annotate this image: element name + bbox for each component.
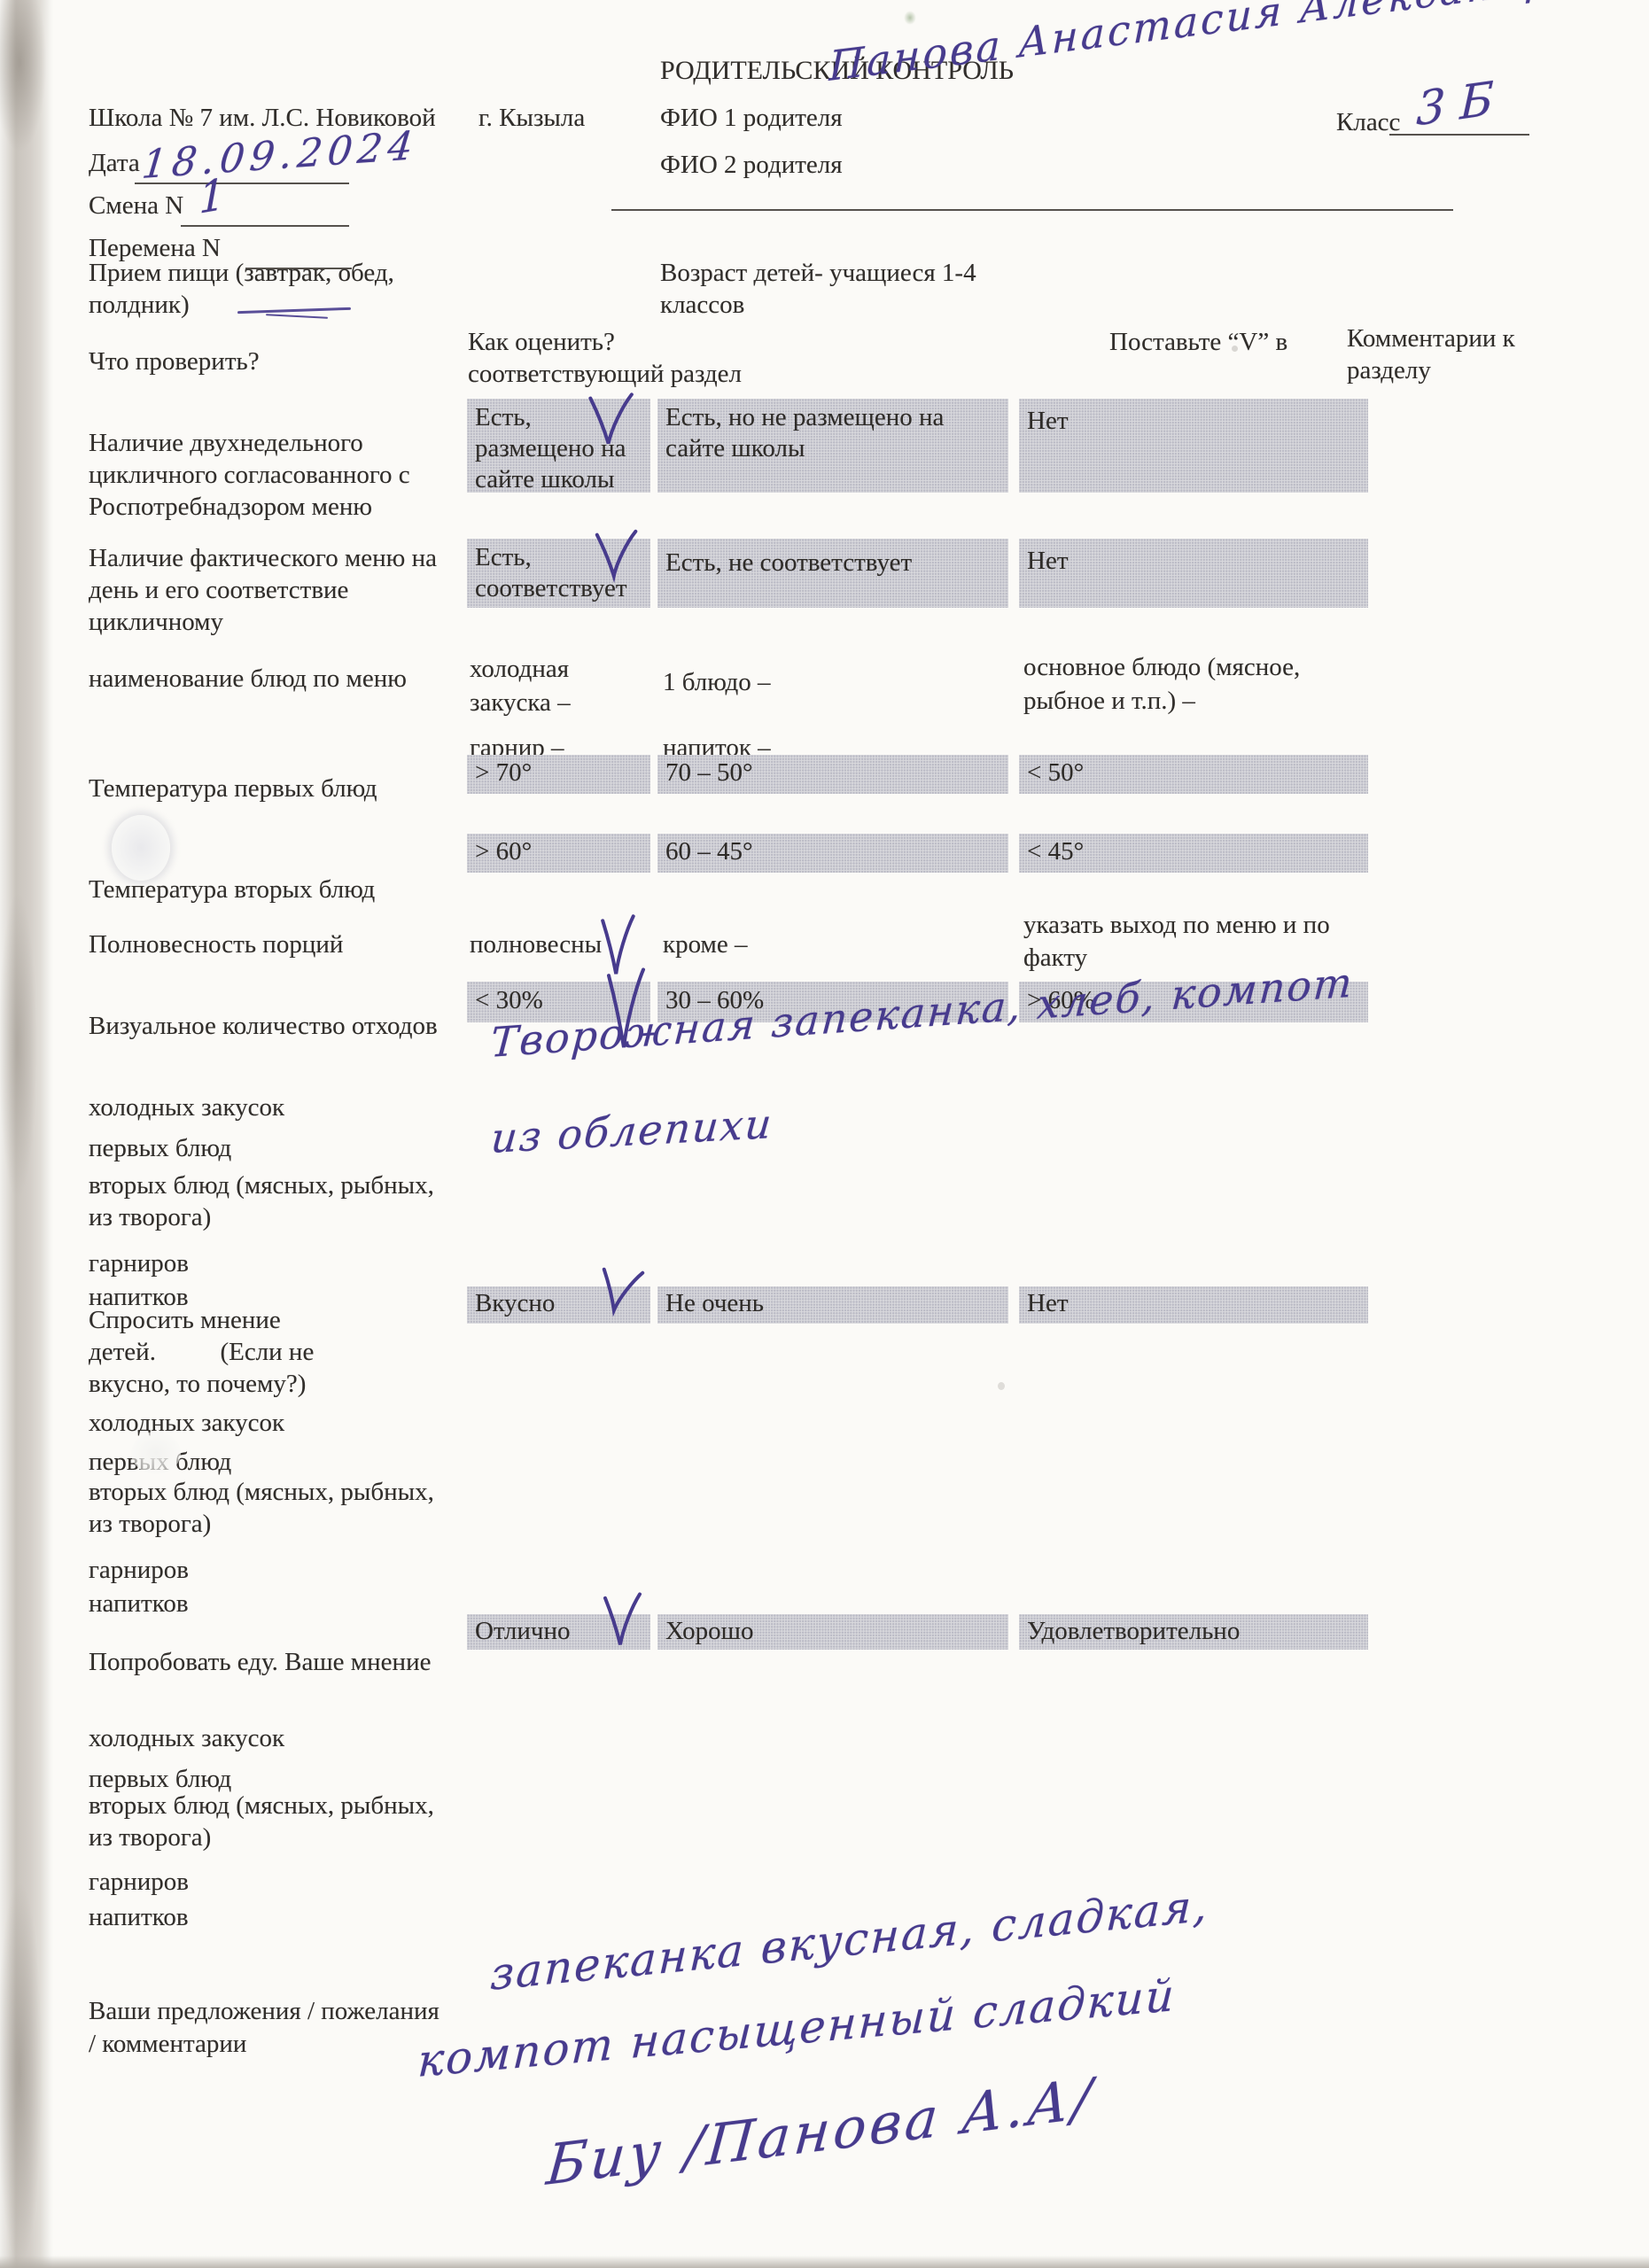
shift-underline — [181, 225, 349, 227]
dish-cold-snack-line1: холодная — [470, 652, 571, 686]
sub-item-first-courses: первых блюд — [89, 1132, 231, 1164]
parent1-label: ФИО 1 родителя — [660, 102, 843, 134]
row-menu-actual-label: Наличие фактического меню на день и его … — [89, 542, 437, 638]
row-opinion-label-line2: детей. (Если не — [89, 1336, 314, 1368]
dish-cold-snack: холодная закуска – — [470, 652, 571, 719]
meal-label-line1: Прием пищи (завтрак, обед, — [89, 257, 394, 289]
sub-item-second-courses-line1: вторых блюд (мясных, рыбных, — [89, 1790, 434, 1821]
checkmark-icon — [599, 1589, 645, 1651]
row-menu-actual-label-line1: Наличие фактического меню на — [89, 542, 437, 574]
column-mark-v: Поставьте “V” в — [1109, 326, 1287, 358]
parent2-label: ФИО 2 родителя — [660, 149, 843, 181]
row-waste-label: Визуальное количество отходов — [89, 1010, 438, 1042]
scan-speck-gray-2 — [998, 1382, 1005, 1390]
suggestions-label: Ваши предложения / пожелания / комментар… — [89, 1995, 439, 2061]
dishes-note-handwritten-line2: из облепихи — [489, 1099, 775, 1162]
parent2-line — [611, 209, 1453, 211]
dish-main-course: основное блюдо (мясное, рыбное и т.п.) – — [1023, 650, 1300, 718]
row-menu-cycle-label: Наличие двухнедельного цикличного соглас… — [89, 427, 410, 523]
scan-edge-left-shade — [0, 0, 53, 2268]
option-cell-temp1-low: < 50° — [1019, 755, 1368, 794]
row-opinion-label-line1: Спросить мнение — [89, 1304, 314, 1336]
option-cell-good: Хорошо — [657, 1614, 1008, 1650]
shift-value-handwritten: 1 — [198, 169, 225, 224]
option-cell-satisfactory: Удовлетворительно — [1019, 1614, 1368, 1650]
column-comments-line2: разделу — [1347, 354, 1515, 386]
scan-speck-green — [904, 11, 916, 25]
age-note-line1: Возраст детей- учащиеся 1-4 — [660, 257, 976, 289]
checkmark-icon — [583, 390, 638, 450]
sub-item-second-courses-line2: из творога) — [89, 1821, 434, 1853]
row-menu-actual-label-line3: цикличному — [89, 606, 437, 638]
column-comments-line1: Комментарии к — [1347, 322, 1515, 354]
sub-item-second-courses-line2: из творога) — [89, 1201, 434, 1233]
sub-item-garnishes: гарниров — [89, 1247, 189, 1279]
option-cell-opinion-no: Нет — [1019, 1286, 1368, 1324]
age-note: Возраст детей- учащиеся 1-4 классов — [660, 257, 976, 321]
sub-item-second-courses: вторых блюд (мясных, рыбных, из творога) — [89, 1169, 434, 1233]
sub-item-cold-snacks: холодных закусок — [89, 1407, 284, 1439]
scanned-form: РОДИТЕЛЬСКИЙ КОНТРОЛЬ Школа № 7 им. Л.С.… — [0, 0, 1649, 2268]
row-menu-cycle-label-line3: Роспотребнадзором меню — [89, 491, 410, 523]
checkmark-icon — [589, 1261, 649, 1320]
sub-item-drinks: напитков — [89, 1901, 189, 1933]
date-label: Дата — [89, 147, 140, 179]
column-what-to-check: Что проверить? — [89, 346, 260, 377]
suggestions-label-line2: / комментарии — [89, 2028, 439, 2061]
class-underline — [1389, 134, 1529, 136]
meal-label-line2: полдник) — [89, 289, 394, 321]
shift-label: Смена N — [89, 190, 183, 221]
sub-item-garnishes: гарниров — [89, 1866, 189, 1898]
row-portions-label: Полновесность порций — [89, 928, 343, 960]
option-menu-not-posted-line2: сайте школы — [665, 433, 1003, 464]
option-cell-temp2-mid: 60 – 45° — [657, 834, 1008, 873]
dish-main-course-line2: рыбное и т.п.) – — [1023, 684, 1300, 718]
signature-handwritten: Биу /Панова А.А/ — [544, 2065, 1097, 2198]
sub-item-second-courses-line1: вторых блюд (мясных, рыбных, — [89, 1476, 434, 1508]
sub-item-second-courses-line1: вторых блюд (мясных, рыбных, — [89, 1169, 434, 1201]
option-menu-posted-line3: сайте школы — [475, 464, 645, 495]
dish-first-course: 1 блюдо – — [663, 666, 770, 698]
sub-item-cold-snacks: холодных закусок — [89, 1722, 284, 1754]
sub-item-garnishes: гарниров — [89, 1554, 189, 1586]
row-dishes-label: наименование блюд по меню — [89, 663, 407, 695]
column-how-to-rate: Как оценить? соответствующий раздел — [468, 326, 742, 390]
whiteout-blob-small — [131, 1432, 181, 1474]
sub-item-cold-snacks: холодных закусок — [89, 1091, 284, 1123]
column-how-line1: Как оценить? — [468, 326, 742, 358]
option-portions-full: полновесны — [470, 928, 602, 960]
option-cell-temp2-high: > 60° — [467, 834, 650, 873]
whiteout-blob — [112, 815, 170, 881]
sub-item-drinks: напитков — [89, 1588, 189, 1619]
column-comments: Комментарии к разделу — [1347, 322, 1515, 386]
row-menu-cycle-label-line2: цикличного согласованного с — [89, 459, 410, 491]
option-cell-temp2-low: < 45° — [1019, 834, 1368, 873]
row-opinion-label: Спросить мнение детей. (Если не вкусно, … — [89, 1304, 314, 1400]
city: г. Кызыла — [478, 102, 585, 134]
option-menu-not-posted-line1: Есть, но не размещено на — [665, 402, 1003, 433]
row-temp-second-label: Температура вторых блюд — [89, 874, 375, 905]
suggestions-label-line1: Ваши предложения / пожелания — [89, 1995, 439, 2028]
option-cell-menu-not-posted: Есть, но не размещено на сайте школы — [657, 399, 1008, 493]
option-cell-temp1-mid: 70 – 50° — [657, 755, 1008, 794]
class-value-handwritten: 3 Б — [1415, 72, 1494, 136]
row-temp-first-label: Температура первых блюд — [89, 773, 377, 804]
scan-edge-bottom — [0, 2256, 1649, 2268]
row-opinion-label-line3: вкусно, то почему?) — [89, 1368, 314, 1400]
option-cell-actual-not-matches: Есть, не соответствует — [657, 539, 1008, 608]
sub-item-second-courses-line2: из творога) — [89, 1508, 434, 1540]
checkmark-icon — [590, 527, 642, 582]
sub-item-second-courses: вторых блюд (мясных, рыбных, из творога) — [89, 1790, 434, 1853]
row-menu-actual-label-line2: день и его соответствие — [89, 574, 437, 606]
option-portions-specify-line1: указать выход по меню и по — [1023, 909, 1330, 942]
dish-main-course-line1: основное блюдо (мясное, — [1023, 650, 1300, 684]
option-cell-not-really: Не очень — [657, 1286, 1008, 1324]
row-menu-cycle-label-line1: Наличие двухнедельного — [89, 427, 410, 459]
row-taste-label: Попробовать еду. Ваше мнение — [89, 1646, 431, 1678]
option-cell-temp1-high: > 70° — [467, 755, 650, 794]
option-portions-except: кроме – — [663, 928, 748, 960]
age-note-line2: классов — [660, 289, 976, 321]
sub-item-second-courses: вторых блюд (мясных, рыбных, из творога) — [89, 1476, 434, 1540]
column-how-line2: соответствующий раздел — [468, 358, 742, 390]
dish-cold-snack-line2: закуска – — [470, 686, 571, 719]
option-cell-actual-no: Нет — [1019, 539, 1368, 608]
option-cell-menu-no: Нет — [1019, 399, 1368, 493]
